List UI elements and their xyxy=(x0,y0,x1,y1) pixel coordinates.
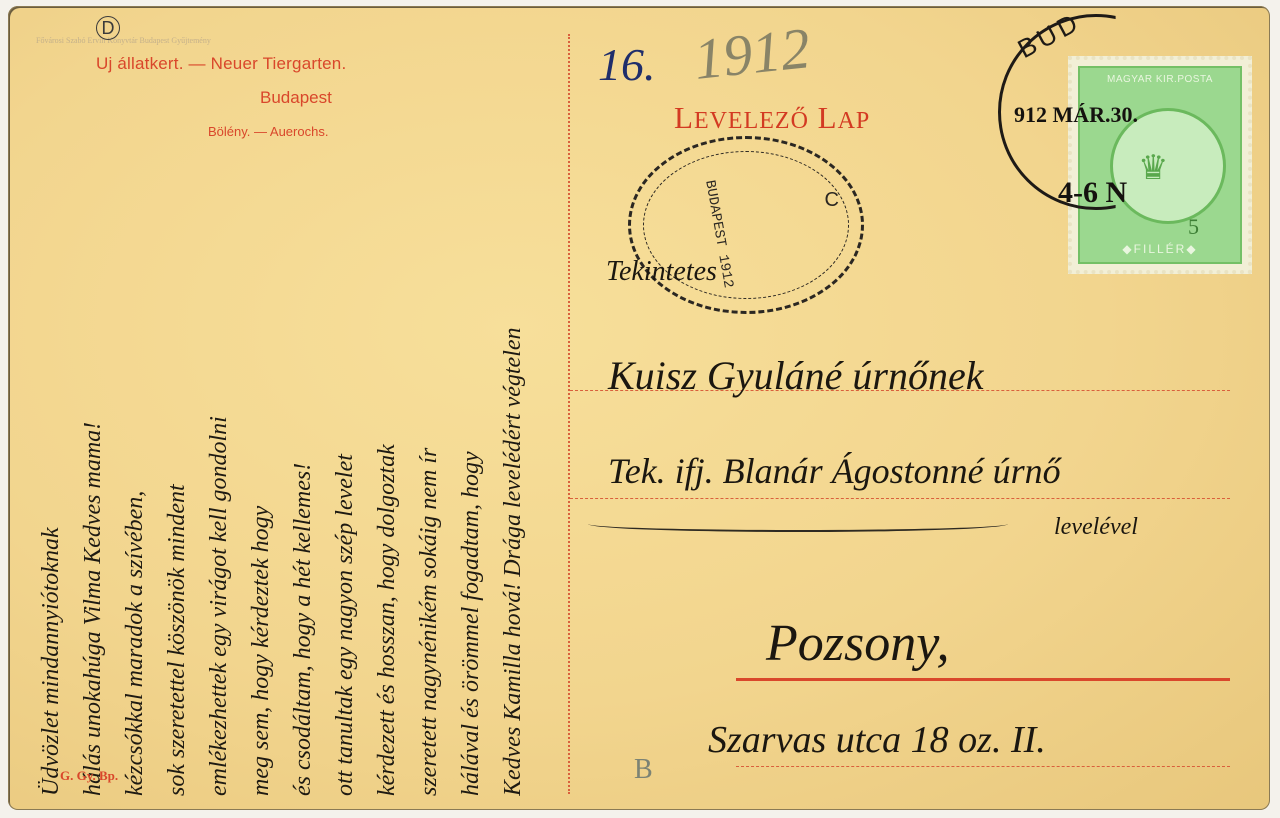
crown-icon: ♛ xyxy=(1138,148,1168,188)
squiggle-line xyxy=(588,516,1008,532)
postmark-date: 912 MÁR.30. xyxy=(1014,102,1138,128)
message-line: hálás unokahúga Vilma Kedves mama! xyxy=(80,76,108,796)
pencil-letter-annotation: B xyxy=(634,754,653,786)
postmark-time: 4-6 N xyxy=(1058,176,1127,210)
card-header-title: LEVELEZŐ LAP xyxy=(674,100,870,136)
address-line-street xyxy=(736,766,1230,767)
message-line: ott tanultak egy nagyon szép levelet xyxy=(332,76,360,796)
address-line-2 xyxy=(570,498,1230,499)
address-care-of: Tek. ifj. Blanár Ágostonné úrnő xyxy=(608,450,1061,492)
postcard-back: Fővárosi Szabó Ervin Könyvtár Budapest G… xyxy=(8,6,1270,810)
archive-mark: D xyxy=(96,16,120,40)
message-line: szeretett nagynénikém sokáig nem ír xyxy=(416,76,444,796)
stamp-bottom-text: ◆FILLÉR◆ xyxy=(1080,242,1240,256)
address-recipient: Kuisz Gyuláné úrnőnek xyxy=(608,352,984,399)
library-watermark: Fővárosi Szabó Ervin Könyvtár Budapest G… xyxy=(36,36,211,45)
message-line: kézcsókkal maradok a szívében, xyxy=(122,76,150,796)
blue-ink-annotation: 16. xyxy=(598,38,656,91)
stamp-value: 5 xyxy=(1188,214,1199,240)
message-line: hálával és örömmel fogadtam, hogy xyxy=(458,76,486,796)
address-salutation: Tekintetes xyxy=(606,256,717,288)
address-street: Szarvas utca 18 oz. II. xyxy=(708,718,1046,762)
handwritten-message: Üdvözlet mindannyiótoknak hálás unokahúg… xyxy=(38,76,558,796)
message-line: meg sem, hogy kérdeztek hogy xyxy=(248,76,276,796)
address-line3: levelével xyxy=(1054,514,1138,541)
message-line: és csodáltam, hogy a hét kellemes! xyxy=(290,76,318,796)
cancellation-letter: C xyxy=(825,189,839,212)
address-city-underline xyxy=(736,678,1230,681)
message-line: emlékezhettek egy virágot kell gondolni xyxy=(206,76,234,796)
publisher-mark: G. Gy. Bp. xyxy=(60,768,118,784)
caption-title: Uj állatkert. — Neuer Tiergarten. xyxy=(96,54,346,74)
pencil-year-annotation: 1912 xyxy=(691,14,813,93)
message-line: kérdezett és hosszan, hogy dolgoztak xyxy=(374,76,402,796)
message-line: Kedves Kamilla hová! Drága levelédért vé… xyxy=(500,76,528,796)
address-city: Pozsony, xyxy=(766,614,949,673)
message-line: sok szeretettel köszönök mindent xyxy=(164,76,192,796)
message-line: Üdvözlet mindannyiótoknak xyxy=(38,76,66,796)
center-divider xyxy=(568,34,570,794)
